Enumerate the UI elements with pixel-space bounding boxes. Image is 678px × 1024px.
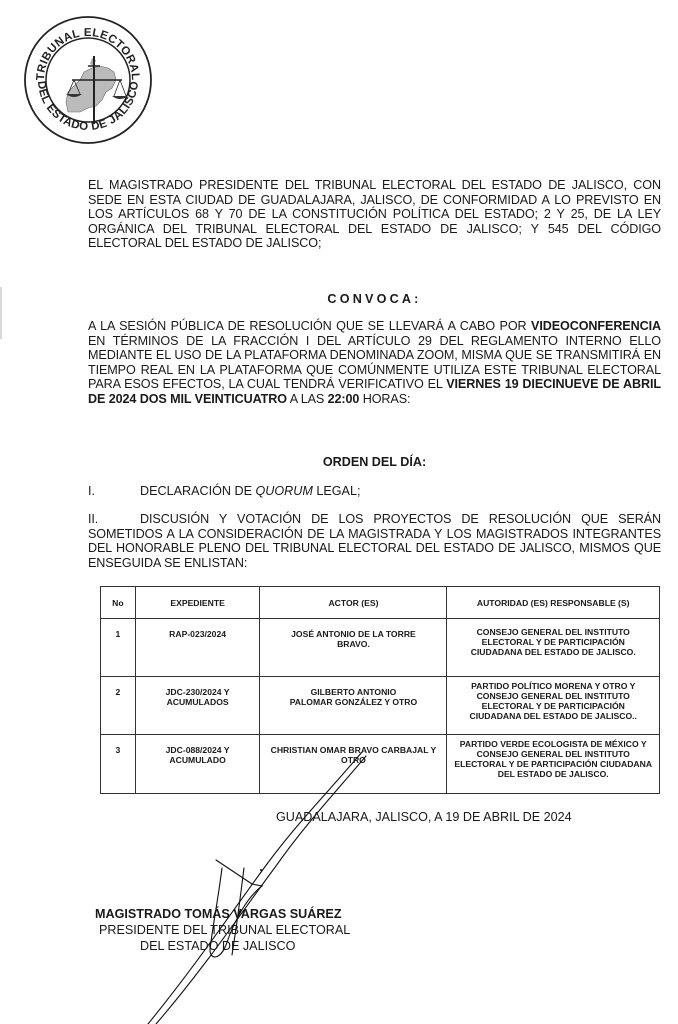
- table-header-row: No EXPEDIENTE ACTOR (ES) AUTORIDAD (ES) …: [101, 587, 660, 619]
- cell-autoridad: CONSEJO GENERAL DEL INSTITUTO ELECTORAL …: [447, 619, 660, 677]
- cell-expediente: JDC-230/2024 Y ACUMULADOS: [135, 677, 260, 735]
- convoca-session-time: 22:00: [328, 392, 360, 406]
- agenda-item-1: I.DECLARACIÓN DE QUORUM LEGAL;: [88, 484, 360, 498]
- convoca-text-3: A LAS: [287, 392, 328, 406]
- table-row: 3 JDC-088/2024 Y ACUMULADO CHRISTIAN OMA…: [101, 735, 660, 794]
- agenda-item-1-number: I.: [88, 484, 140, 498]
- cell-no: 3: [101, 735, 136, 794]
- agenda-item-1-text-post: LEGAL;: [313, 484, 361, 498]
- table-row: 2 JDC-230/2024 Y ACUMULADOS GILBERTO ANT…: [101, 677, 660, 735]
- scan-edge-mark: [0, 287, 2, 339]
- header-expediente: EXPEDIENTE: [135, 587, 260, 619]
- header-actor: ACTOR (ES): [260, 587, 447, 619]
- cell-actor: GILBERTO ANTONIO PALOMAR GONZÁLEZ Y OTRO: [260, 677, 447, 735]
- document-page: TRIBUNAL ELECTORAL DEL ESTADO DE JALISCO…: [0, 0, 678, 1024]
- table-row: 1 RAP-023/2024 JOSÉ ANTONIO DE LA TORRE …: [101, 619, 660, 677]
- header-autoridad: AUTORIDAD (ES) RESPONSABLE (S): [447, 587, 660, 619]
- cell-autoridad: PARTIDO VERDE ECOLOGISTA DE MÉXICO Y CON…: [447, 735, 660, 794]
- cases-table: No EXPEDIENTE ACTOR (ES) AUTORIDAD (ES) …: [100, 586, 660, 794]
- signatory-role: PRESIDENTE DEL TRIBUNAL ELECTORAL: [99, 923, 350, 937]
- agenda-item-1-quorum: QUORUM: [255, 484, 312, 498]
- agenda-item-2-number: II.: [88, 512, 140, 527]
- convoca-text-4: HORAS:: [359, 392, 410, 406]
- cell-expediente: JDC-088/2024 Y ACUMULADO: [135, 735, 260, 794]
- cell-no: 2: [101, 677, 136, 735]
- signatory-role-line2: DEL ESTADO DE JALISCO: [140, 939, 295, 953]
- cell-no: 1: [101, 619, 136, 677]
- cell-actor: JOSÉ ANTONIO DE LA TORRE BRAVO.: [260, 619, 447, 677]
- convoca-text-1: A LA SESIÓN PÚBLICA DE RESOLUCIÓN QUE SE…: [88, 319, 531, 333]
- tribunal-seal-icon: TRIBUNAL ELECTORAL DEL ESTADO DE JALISCO: [22, 14, 154, 146]
- orden-del-dia-heading: ORDEN DEL DÍA:: [88, 455, 661, 469]
- agenda-item-2: II.DISCUSIÓN Y VOTACIÓN DE LOS PROYECTOS…: [88, 512, 661, 570]
- agenda-item-1-text-pre: DECLARACIÓN DE: [140, 484, 255, 498]
- intro-paragraph: EL MAGISTRADO PRESIDENTE DEL TRIBUNAL EL…: [88, 178, 661, 251]
- cell-autoridad: PARTIDO POLÍTICO MORENA Y OTRO Y CONSEJO…: [447, 677, 660, 735]
- convoca-videoconferencia: VIDEOCONFERENCIA: [531, 319, 661, 333]
- place-and-date: GUADALAJARA, JALISCO, A 19 DE ABRIL DE 2…: [276, 810, 572, 824]
- cell-actor: CHRISTIAN OMAR BRAVO CARBAJAL Y OTRO: [260, 735, 447, 794]
- signatory-name: MAGISTRADO TOMÁS VARGAS SUÁREZ: [95, 907, 342, 921]
- header-no: No: [101, 587, 136, 619]
- convoca-heading: CONVOCA:: [88, 292, 661, 306]
- cell-expediente: RAP-023/2024: [135, 619, 260, 677]
- convoca-paragraph: A LA SESIÓN PÚBLICA DE RESOLUCIÓN QUE SE…: [88, 319, 661, 407]
- agenda-item-2-text: DISCUSIÓN Y VOTACIÓN DE LOS PROYECTOS DE…: [88, 512, 661, 570]
